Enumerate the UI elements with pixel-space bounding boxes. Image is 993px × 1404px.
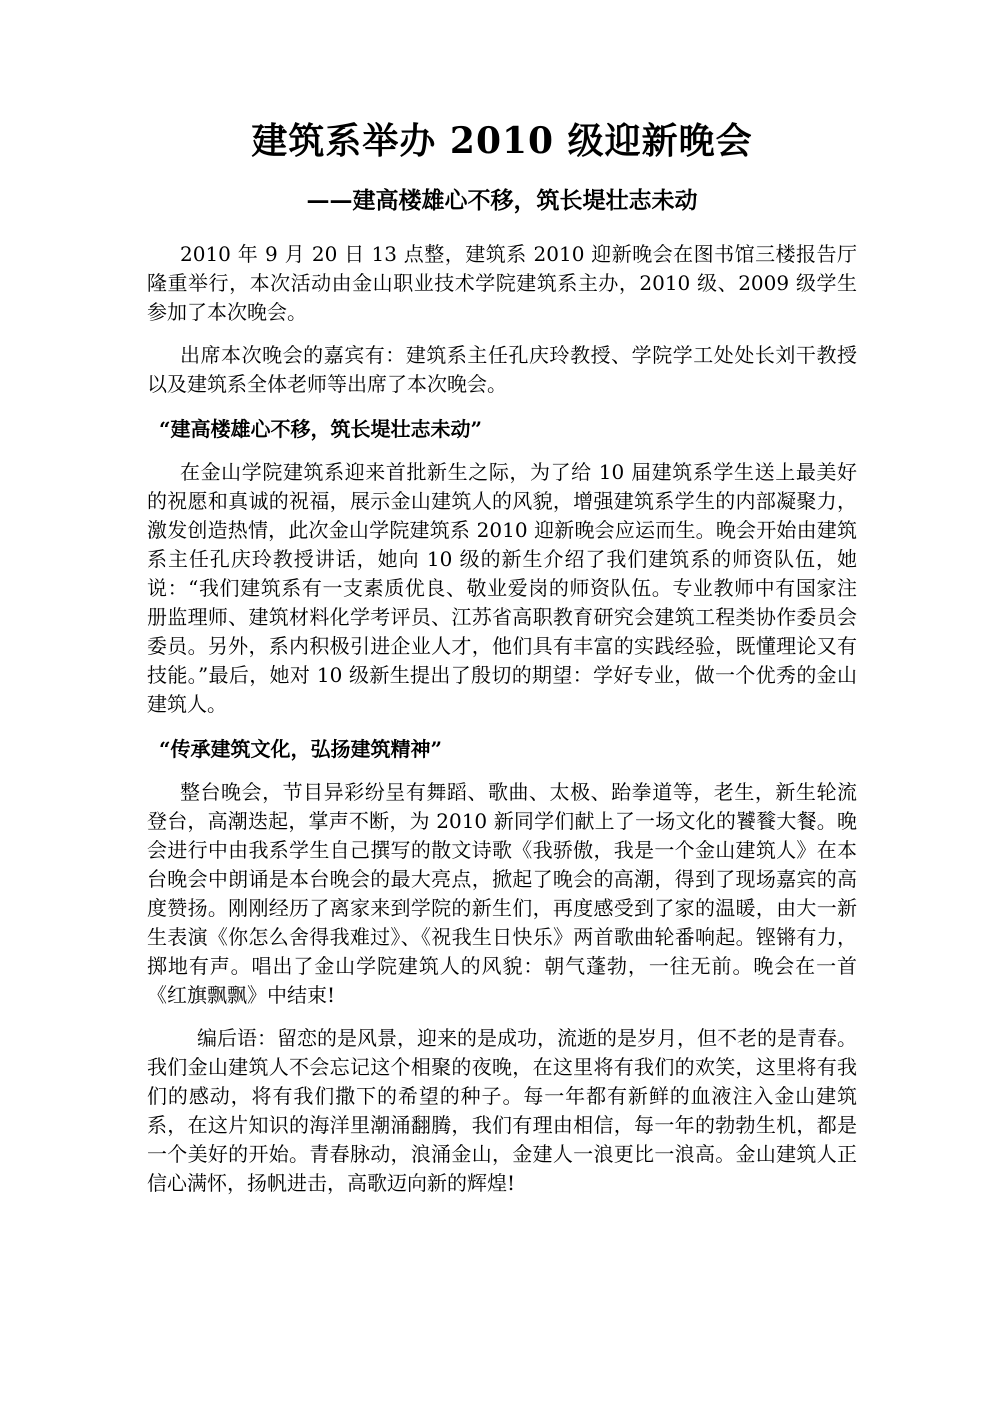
section-heading-2: “传承建筑文化，弘扬建筑精神” (147, 735, 857, 764)
paragraph-speech: 在金山学院建筑系迎来首批新生之际，为了给 10 届建筑系学生送上最美好的祝愿和真… (147, 458, 857, 719)
paragraph-editors-note: 编后语：留恋的是风景，迎来的是成功，流逝的是岁月，但不老的是青春。我们金山建筑人… (147, 1024, 857, 1198)
section-heading-1: “建高楼雄心不移，筑长堤壮志未动” (147, 415, 857, 444)
paragraph-performances: 整台晚会，节目异彩纷呈有舞蹈、歌曲、太极、跆拳道等，老生，新生轮流登台，高潮迭起… (147, 778, 857, 1010)
paragraph-event-intro: 2010 年 9 月 20 日 13 点整，建筑系 2010 迎新晚会在图书馆三… (147, 240, 857, 327)
document-title: 建筑系举办 2010 级迎新晚会 (147, 118, 857, 165)
paragraph-guests: 出席本次晚会的嘉宾有：建筑系主任孔庆玲教授、学院学工处处长刘干教授以及建筑系全体… (147, 341, 857, 399)
document-page: 建筑系举办 2010 级迎新晚会 ——建高楼雄心不移，筑长堤壮志未动 2010 … (0, 0, 993, 1404)
document-subtitle: ——建高楼雄心不移，筑长堤壮志未动 (147, 187, 857, 216)
